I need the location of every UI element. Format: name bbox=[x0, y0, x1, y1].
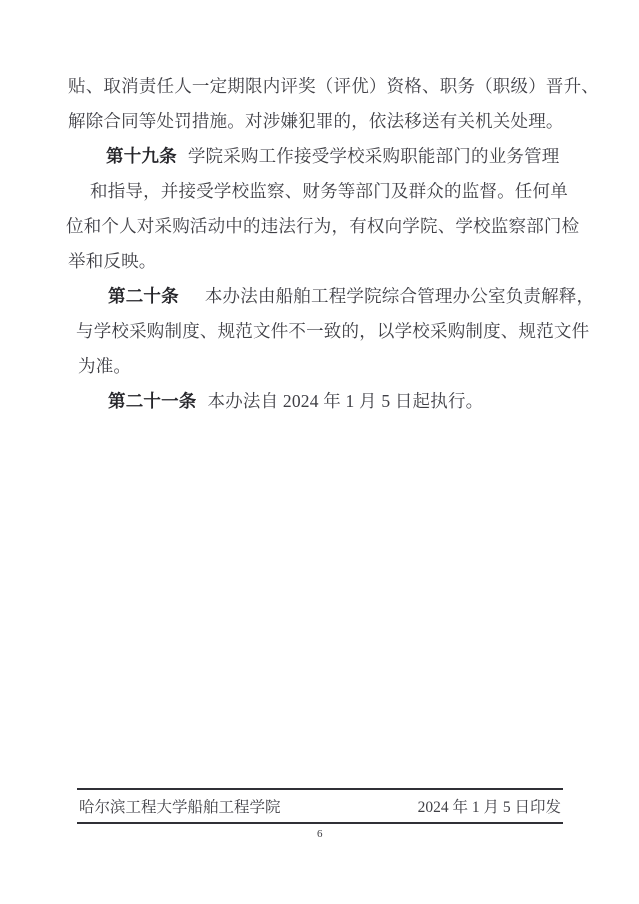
text-line: 为准。 bbox=[66, 349, 611, 384]
article-number: 第二十条 bbox=[108, 286, 179, 306]
text-line: 举和反映。 bbox=[66, 244, 611, 279]
article-number: 第二十一条 bbox=[108, 391, 197, 411]
text-line: 第二十条本办法由船舶工程学院综合管理办公室负责解释， bbox=[66, 279, 611, 314]
text-line: 第二十一条本办法自 2024 年 1 月 5 日起执行。 bbox=[66, 384, 611, 419]
footer-row: 哈尔滨工程大学船舶工程学院 2024 年 1 月 5 日印发 bbox=[77, 788, 563, 824]
document-footer: 哈尔滨工程大学船舶工程学院 2024 年 1 月 5 日印发 6 bbox=[77, 788, 563, 840]
text-line: 第十九条学院采购工作接受学校采购职能部门的业务管理 bbox=[66, 139, 611, 174]
text-line: 位和个人对采购活动中的违法行为，有权向学院、学校监察部门检 bbox=[66, 209, 611, 244]
article-number: 第十九条 bbox=[106, 146, 177, 166]
document-body: 贴、取消责任人一定期限内评奖（评优）资格、职务（职级）晋升、解除合同等处罚措施。… bbox=[66, 69, 611, 419]
text-line: 与学校采购制度、规范文件不一致的，以学校采购制度、规范文件 bbox=[66, 314, 611, 349]
footer-institution: 哈尔滨工程大学船舶工程学院 bbox=[79, 795, 281, 817]
document-page: 贴、取消责任人一定期限内评奖（评优）资格、职务（职级）晋升、解除合同等处罚措施。… bbox=[0, 0, 639, 904]
text-line: 解除合同等处罚措施。对涉嫌犯罪的，依法移送有关机关处理。 bbox=[66, 104, 611, 139]
text-line: 和指导，并接受学校监察、财务等部门及群众的监督。任何单 bbox=[66, 174, 611, 209]
text-line: 贴、取消责任人一定期限内评奖（评优）资格、职务（职级）晋升、 bbox=[66, 69, 611, 104]
page-number: 6 bbox=[77, 828, 563, 840]
footer-issue-date: 2024 年 1 月 5 日印发 bbox=[418, 795, 561, 817]
